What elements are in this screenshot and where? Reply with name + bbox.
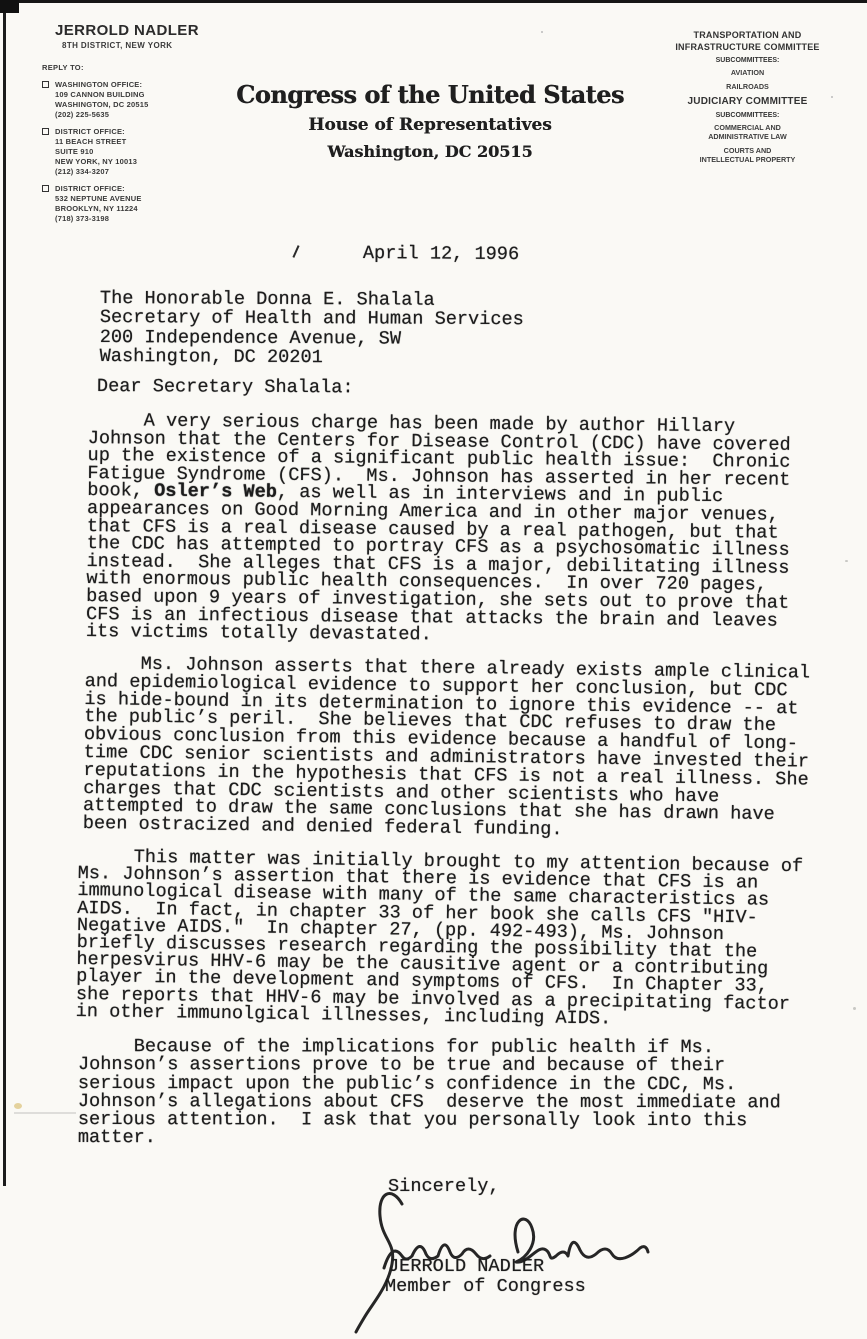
body-paragraph: Ms. Johnson asserts that there already e…	[83, 655, 811, 842]
text-line: 532 NEPTUNE AVENUE	[55, 194, 142, 204]
text-line: ADMINISTRATIVE LAW	[635, 132, 860, 142]
text-line: INTELLECTUAL PROPERTY	[635, 155, 860, 165]
committee-list: TRANSPORTATION AND INFRASTRUCTURE COMMIT…	[635, 30, 860, 165]
text-line: (718) 373-3198	[55, 214, 142, 224]
recipient-address: The Honorable Donna E. ShalalaSecretary …	[100, 289, 524, 368]
committee-name: JUDICIARY COMMITTEE	[635, 96, 860, 108]
text-line: SUITE 910	[55, 147, 137, 157]
office-title: WASHINGTON OFFICE:	[55, 80, 148, 90]
office-district-brooklyn: DISTRICT OFFICE: 532 NEPTUNE AVENUEBROOK…	[42, 184, 142, 224]
office-address: 11 BEACH STREETSUITE 910NEW YORK, NY 100…	[55, 137, 137, 177]
text-line: BROOKLYN, NY 11224	[55, 204, 142, 214]
body-paragraph: This matter was initially brought to my …	[76, 848, 804, 1030]
body-paragraph: Because of the implications for public h…	[78, 1038, 781, 1149]
subcommittee-item: RAILROADS	[635, 82, 860, 92]
subcommittee-item: AVIATION	[635, 68, 860, 78]
office-title: DISTRICT OFFICE:	[55, 184, 142, 194]
committee-name: TRANSPORTATION AND	[635, 30, 860, 42]
text-line: matter.	[78, 1129, 781, 1149]
signer-title: Member of Congress	[385, 1276, 586, 1297]
office-washington: WASHINGTON OFFICE: 109 CANNON BUILDINGWA…	[42, 80, 148, 120]
member-district: 8TH DISTRICT, NEW YORK	[62, 41, 172, 50]
scan-speck	[853, 1007, 856, 1010]
scan-corner-blob	[0, 0, 19, 13]
text-line: 109 CANNON BUILDING	[55, 90, 148, 100]
scan-edge-top	[0, 0, 867, 3]
scan-mark	[292, 245, 299, 258]
text-line: COMMERCIAL AND	[635, 123, 860, 133]
letter-date: April 12, 1996	[363, 243, 519, 265]
body-paragraph: A very serious charge has been made by a…	[86, 412, 791, 647]
letterhead-line-congress: Congress of the United States	[210, 80, 650, 109]
congress-letterhead: Congress of the United States House of R…	[210, 80, 650, 161]
scan-speck	[845, 560, 848, 562]
text-line: WASHINGTON, DC 20515	[55, 100, 148, 110]
scanned-letter-page: JERROLD NADLER 8TH DISTRICT, NEW YORK RE…	[0, 0, 867, 1339]
checkbox-icon	[42, 81, 49, 88]
text-line: COURTS AND	[635, 146, 860, 156]
text-line: Washington, DC 20201	[100, 347, 524, 369]
letterhead-line-washington: Washington, DC 20515	[210, 142, 650, 161]
scan-edge-left	[3, 0, 6, 1186]
office-address: 532 NEPTUNE AVENUEBROOKLYN, NY 11224(718…	[55, 194, 142, 224]
text-line: 11 BEACH STREET	[55, 137, 137, 147]
office-title: DISTRICT OFFICE:	[55, 127, 137, 137]
member-name: JERROLD NADLER	[55, 22, 199, 39]
office-address: 109 CANNON BUILDINGWASHINGTON, DC 20515(…	[55, 90, 148, 120]
subcommittees-label: SUBCOMMITTEES:	[635, 112, 860, 119]
scan-speck	[541, 31, 543, 33]
salutation: Dear Secretary Shalala:	[97, 376, 354, 398]
subcommittee-item: COMMERCIAL ANDADMINISTRATIVE LAW	[635, 123, 860, 142]
checkbox-icon	[42, 185, 49, 192]
text-line: serious attention. I ask that you person…	[78, 1111, 781, 1131]
office-district-ny: DISTRICT OFFICE: 11 BEACH STREETSUITE 91…	[42, 127, 137, 177]
text-line: (202) 225-5635	[55, 110, 148, 120]
text-line: (212) 334-3207	[55, 167, 137, 177]
text-line: NEW YORK, NY 10013	[55, 157, 137, 167]
signer-name: JERROLD NADLER	[388, 1256, 544, 1277]
reply-to-label: REPLY TO:	[42, 63, 84, 72]
subcommittees-label: SUBCOMMITTEES:	[635, 57, 860, 64]
subcommittee-item: COURTS ANDINTELLECTUAL PROPERTY	[635, 146, 860, 165]
letterhead-line-house: House of Representatives	[210, 115, 650, 135]
scan-smudge	[14, 1112, 76, 1114]
scan-speck	[14, 1103, 22, 1109]
committee-name: INFRASTRUCTURE COMMITTEE	[635, 42, 860, 54]
checkbox-icon	[42, 128, 49, 135]
